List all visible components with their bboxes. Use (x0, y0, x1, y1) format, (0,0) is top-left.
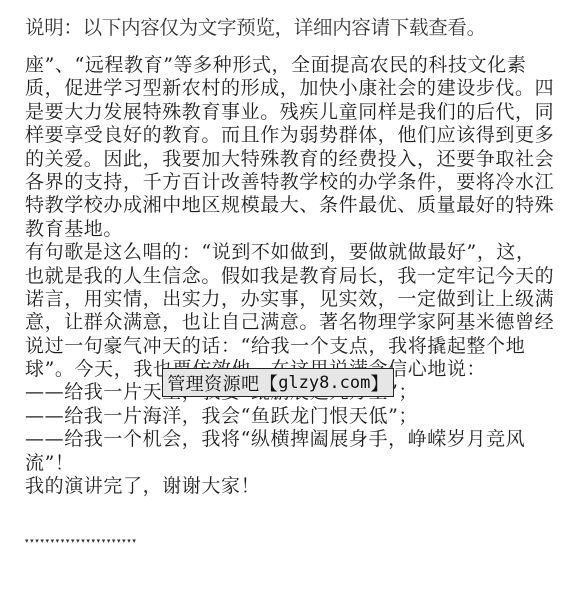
watermark-bracket-close: 】 (370, 370, 389, 396)
document-line: 样要享受良好的教育。而且作为弱势群体，他们应该得到更多 (25, 124, 545, 147)
document-line: 的关爱。因此，我要加大特殊教育的经费投入，还要争取社会 (25, 148, 545, 171)
document-line: 座”、“远程教育”等多种形式，全面提高农民的科技文化素 (25, 54, 545, 77)
watermark-bracket-open: 【 (260, 370, 279, 396)
document-line: 各界的支持，千方百计改善特教学校的办学条件，要将冷水江 (25, 171, 545, 194)
site-watermark: 管理资源吧 【 glzy8.com 】 (162, 368, 394, 397)
document-line: 质，促进学习型新农村的形成，加快小康社会的建设步伐。四 (25, 77, 545, 100)
document-line: ——给我一片海洋，我会“鱼跃龙门恨天低”； (25, 405, 545, 428)
document-line: 特教学校办成湘中地区规模最大、条件最优、质量最好的特殊 (25, 194, 545, 217)
document-body: 座”、“远程教育”等多种形式，全面提高农民的科技文化素 质，促进学习型新农村的形… (25, 54, 545, 498)
document-line: 教育基地。 (25, 218, 545, 241)
end-of-preview-dots: ▾▾▾▾▾▾▾▾▾▾▾▾▾▾▾▾▾▾▾▾▾▾ (25, 537, 138, 545)
document-line: 说过一句豪气冲天的话：“给我一个支点，我将撬起整个地 (25, 335, 545, 358)
document-line: 我的演讲完了，谢谢大家！ (25, 475, 545, 498)
document-line: 有句歌是这么唱的：“说到不如做到，要做就做最好”，这， (25, 241, 545, 264)
watermark-site: glzy8.com (278, 373, 370, 393)
document-line: ——给我一个机会，我将“纵横捭阖展身手，峥嵘岁月竞风 (25, 428, 545, 451)
document-line: 流”！ (25, 452, 545, 475)
document-line: 诺言，用实情，出实力，办实事，见实效，一定做到让上级满 (25, 288, 545, 311)
document-line: 是要大力发展特殊教育事业。残疾儿童同样是我们的后代，同 (25, 101, 545, 124)
watermark-prefix: 管理资源吧 (167, 370, 260, 396)
document-line: 意，让群众满意，也让自己满意。著名物理学家阿基米德曾经 (25, 311, 545, 334)
preview-notice-title: 说明：以下内容仅为文字预览，详细内容请下载查看。 (25, 14, 486, 42)
document-line: 也就是我的人生信念。假如我是教育局长，我一定牢记今天的 (25, 265, 545, 288)
